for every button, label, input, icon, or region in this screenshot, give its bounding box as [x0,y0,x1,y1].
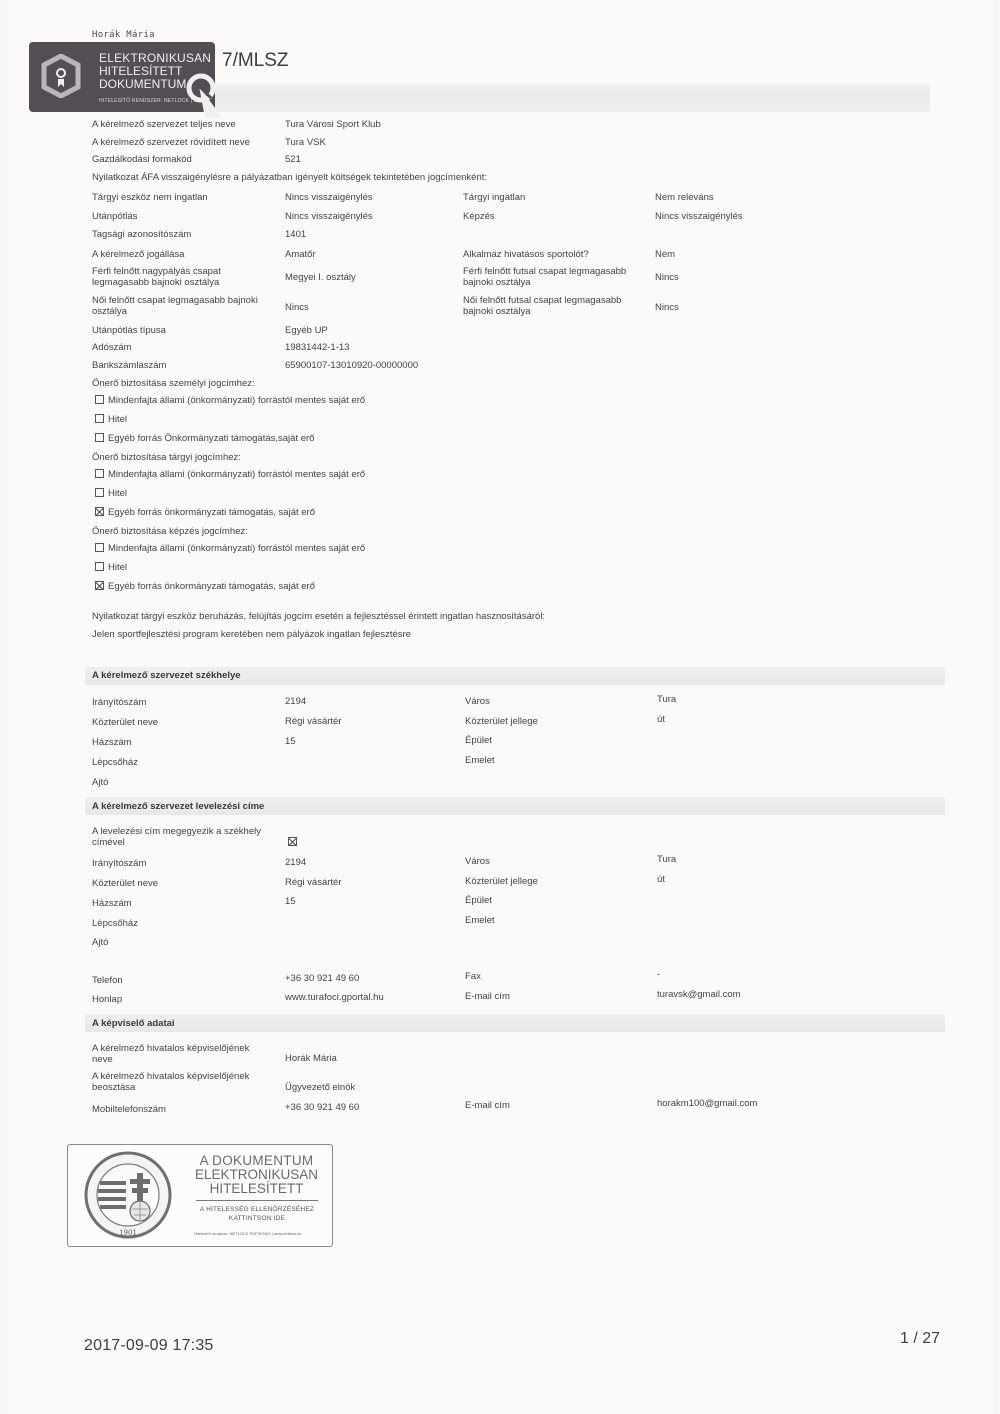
mail-city-label: Város [465,856,490,867]
men-futsal-label: Férfi felnőtt futsal csapat legmagasabbb… [463,266,626,288]
fax-label: Fax [465,971,481,982]
rep-position-value: Ügyvezető elnök [285,1082,355,1093]
email-label: E-mail cím [465,991,510,1002]
stamp-line-3: DOKUMENTUM [99,78,186,90]
property-statement-title: Nyilatkozat tárgyi eszköz beruházás, fel… [92,611,545,622]
seat-street-type-label: Közterület jellege [465,716,538,727]
stamp-divider [196,1200,318,1201]
vat-row-label-2: Tárgyi ingatlan [463,192,525,203]
vat-statement: Nyilatkozat ÁFA visszaigénylésre a pályá… [92,172,487,183]
men-league-value: Megyei I. osztály [285,272,356,283]
men-league-label-line-1: Férfi felnőtt nagypályás csapat [92,266,221,277]
seat-house-label: Házszám [92,737,132,748]
stamp-bottom-line-5[interactable]: KATTINTSON IDE [192,1215,322,1222]
women-league-label: Női felnőtt csapat legmagasabb bajnokios… [92,295,258,317]
mail-floor-label: Emelet [465,915,495,926]
rep-name-value: Horák Mária [285,1053,337,1064]
short-name-label: A kérelmező szervezet rövidített neve [92,137,250,148]
checkbox[interactable] [95,469,104,478]
seat-street-label: Közterület neve [92,717,158,728]
seat-door-label: Ajtó [92,777,108,788]
own-funds-title: Önerő biztosítása tárgyi jogcímhez: [92,452,241,463]
rep-name-label-line-1: A kérelmező hivatalos képviselőjének [92,1043,249,1054]
vat-row-value-2: Nem releváns [655,192,714,203]
member-id-value: 1401 [285,229,306,240]
rep-position-label-line-2: beosztása [92,1082,135,1093]
stamp-bottom-line-6: Hitelesítő rendszer: NETLOCK PDFSIGNO | … [194,1231,324,1236]
own-funds-option[interactable]: Mindenfajta állami (önkormányzati) forrá… [95,543,365,554]
youth-type-label: Utánpótlás típusa [92,325,166,336]
rep-email-label: E-mail cím [465,1100,510,1111]
men-league-label: Férfi felnőtt nagypályás csapatlegmagasa… [92,266,221,288]
short-name-value: Tura VSK [285,137,326,148]
option-label: Hitel [108,488,127,499]
seat-city-label: Város [465,696,490,707]
rep-mobile-label: Mobiltelefonszám [92,1104,166,1115]
stamp-line-2: HITELESÍTETT [99,65,182,77]
checkbox[interactable] [95,562,104,571]
vat-row-label: Utánpótlás [92,211,137,222]
stamp-line-1: ELEKTRONIKUSAN [99,52,211,64]
rep-email-link[interactable]: horakm100@gmail.com [657,1098,757,1109]
fax-value: - [657,969,660,980]
bank-account-label: Bankszámlaszám [92,360,166,371]
stamp-bottom-line-2: ELEKTRONIKUSAN [194,1168,319,1182]
checkbox[interactable] [95,507,104,516]
mail-same-checkbox[interactable] [288,837,297,846]
option-label: Hitel [108,414,127,425]
legal-status-label: A kérelmező jogállása [92,249,184,260]
option-label: Mindenfajta állami (önkormányzati) forrá… [108,395,365,406]
mlsz-seal-icon: 1901 [84,1151,172,1239]
men-futsal-value: Nincs [655,272,679,283]
mail-city-value: Tura [657,854,676,865]
option-label: Hitel [108,562,127,573]
checkbox[interactable] [95,433,104,442]
seat-stair-label: Lépcsőház [92,757,138,768]
phone-value: +36 30 921 49 60 [285,973,359,984]
mail-same-label-line-2: címével [92,837,125,848]
mail-house-label: Házszám [92,898,132,909]
women-league-value: Nincs [285,302,309,313]
seat-floor-label: Emelet [465,755,495,766]
mail-street-value: Régi vásártér [285,877,342,888]
own-funds-option[interactable]: Hitel [95,488,127,499]
mail-same-checkbox-wrap[interactable] [288,837,301,848]
checkbox[interactable] [95,488,104,497]
seat-city-value: Tura [657,694,676,705]
website-label: Honlap [92,994,122,1005]
seat-building-label: Épület [465,735,492,746]
own-funds-option[interactable]: Egyéb forrás Önkormányzati támogatás,saj… [95,433,314,444]
checkbox[interactable] [95,543,104,552]
checkbox[interactable] [95,395,104,404]
men-futsal-label-line-1: Férfi felnőtt futsal csapat legmagasabb [463,266,626,277]
women-league-label-line-1: Női felnőtt csapat legmagasabb bajnoki [92,295,258,306]
women-futsal-label: Női felnőtt futsal csapat legmagasabbbaj… [463,295,621,317]
legal-status-value: Amatőr [285,249,316,260]
bank-account-value: 65900107-13010920-00000000 [285,360,418,371]
women-futsal-value: Nincs [655,302,679,313]
header-band [210,84,930,112]
stamp-bottom-line-3: HITELESÍTETT [194,1182,319,1196]
authenticity-verify-stamp[interactable]: 1901 A DOKUMENTUM ELEKTRONIKUSAN HITELES… [67,1144,333,1247]
own-funds-option[interactable]: Egyéb forrás önkormányzati támogatás, sa… [95,581,315,592]
women-futsal-label-line-2: bajnoki osztálya [463,306,531,317]
seat-zip-label: Irányítószám [92,697,146,708]
vat-row-value: Nincs visszaigénylés [285,192,373,203]
pro-athlete-label: Alkalmaz hivatásos sportolót? [463,249,589,260]
checkbox[interactable] [95,581,104,590]
youth-type-value: Egyéb UP [285,325,328,336]
rep-name-label-line-2: neve [92,1054,113,1065]
own-funds-option[interactable]: Mindenfajta állami (önkormányzati) forrá… [95,469,365,480]
mail-same-label: A levelezési cím megegyezik a székhelycí… [92,826,261,848]
econ-form-label: Gazdálkodási formakód [92,154,192,165]
seat-street-type-value: út [657,714,665,725]
tax-id-label: Adószám [92,342,132,353]
footer-page-number: 1 / 27 [900,1330,940,1348]
own-funds-title: Önerő biztosítása képzés jogcímhez: [92,526,248,537]
full-name-label: A kérelmező szervezet teljes neve [92,119,236,130]
property-statement-text: Jelen sportfejlesztési program keretében… [92,629,411,640]
vat-row-value: Nincs visszaigénylés [285,211,373,222]
option-label: Egyéb forrás önkormányzati támogatás, sa… [108,507,315,518]
rep-mobile-value: +36 30 921 49 60 [285,1102,359,1113]
seat-section-title: A kérelmező szervezet székhelye [92,670,241,681]
option-label: Mindenfajta állami (önkormányzati) forrá… [108,469,365,480]
tax-id-value: 19831442-1-13 [285,342,349,353]
mail-house-value: 15 [285,896,296,907]
full-name-value: Tura Városi Sport Klub [285,119,381,130]
econ-form-value: 521 [285,154,301,165]
checkbox[interactable] [95,414,104,423]
member-id-label: Tagsági azonosítószám [92,229,191,240]
option-label: Egyéb forrás önkormányzati támogatás, sa… [108,581,315,592]
phone-label: Telefon [92,975,123,986]
mail-zip-label: Irányítószám [92,858,146,869]
vat-row-label: Tárgyi eszköz nem ingatlan [92,192,208,203]
men-futsal-label-line-2: bajnoki osztálya [463,277,531,288]
vat-row-label-2: Képzés [463,211,495,222]
own-funds-option[interactable]: Egyéb forrás önkormányzati támogatás, sa… [95,507,315,518]
mail-door-label: Ajtó [92,937,108,948]
mail-section-title: A kérelmező szervezet levelezési címe [92,801,264,812]
seat-zip-value: 2194 [285,696,306,707]
seat-street-value: Régi vásártér [285,716,342,727]
own-funds-option[interactable]: Hitel [95,414,127,425]
men-league-label-line-2: legmagasabb bajnoki osztálya [92,277,219,288]
stamp-bottom-line-1: A DOKUMENTUM [194,1154,319,1168]
own-funds-option[interactable]: Mindenfajta állami (önkormányzati) forrá… [95,395,365,406]
website-link[interactable]: www.turafoci.gportal.hu [285,992,384,1003]
vat-row-value-2: Nincs visszaigénylés [655,211,743,222]
document-code: 7/MLSZ [222,50,289,72]
own-funds-option[interactable]: Hitel [95,562,127,573]
own-funds-title: Önerő biztosítása személyi jogcímhez: [92,378,255,389]
mail-building-label: Épület [465,895,492,906]
option-label: Egyéb forrás Önkormányzati támogatás,saj… [108,433,314,444]
rep-name-label: A kérelmező hivatalos képviselőjénekneve [92,1043,249,1065]
women-futsal-label-line-1: Női felnőtt futsal csapat legmagasabb [463,295,621,306]
section-band [85,1014,945,1032]
mail-zip-value: 2194 [285,857,306,868]
representative-section-title: A képviselő adatai [92,1018,175,1029]
mail-street-label: Közterület neve [92,878,158,889]
women-league-label-line-2: osztálya [92,306,127,317]
footer-datetime: 2017-09-09 17:35 [84,1337,214,1355]
stamp-bottom-line-4[interactable]: A HITELESSÉG ELLENŐRZÉSÉHEZ [192,1206,322,1213]
pro-athlete-value: Nem [655,249,675,260]
header-user-name: Horák Mária [92,30,155,40]
rep-position-label-line-1: A kérelmező hivatalos képviselőjének [92,1071,249,1082]
mail-street-type-value: út [657,874,665,885]
mail-stair-label: Lépcsőház [92,918,138,929]
e-authenticated-stamp[interactable]: ELEKTRONIKUSAN HITELESÍTETT DOKUMENTUM H… [29,42,215,112]
mail-same-label-line-1: A levelezési cím megegyezik a székhely [92,826,261,837]
touch-hand-icon [185,68,225,118]
shield-badge-icon [41,54,81,98]
option-label: Mindenfajta állami (önkormányzati) forrá… [108,543,365,554]
svg-text:1901: 1901 [119,1229,137,1237]
seat-house-value: 15 [285,736,296,747]
rep-position-label: A kérelmező hivatalos képviselőjénekbeos… [92,1071,249,1093]
email-link[interactable]: turavsk@gmail.com [657,989,741,1000]
mail-street-type-label: Közterület jellege [465,876,538,887]
